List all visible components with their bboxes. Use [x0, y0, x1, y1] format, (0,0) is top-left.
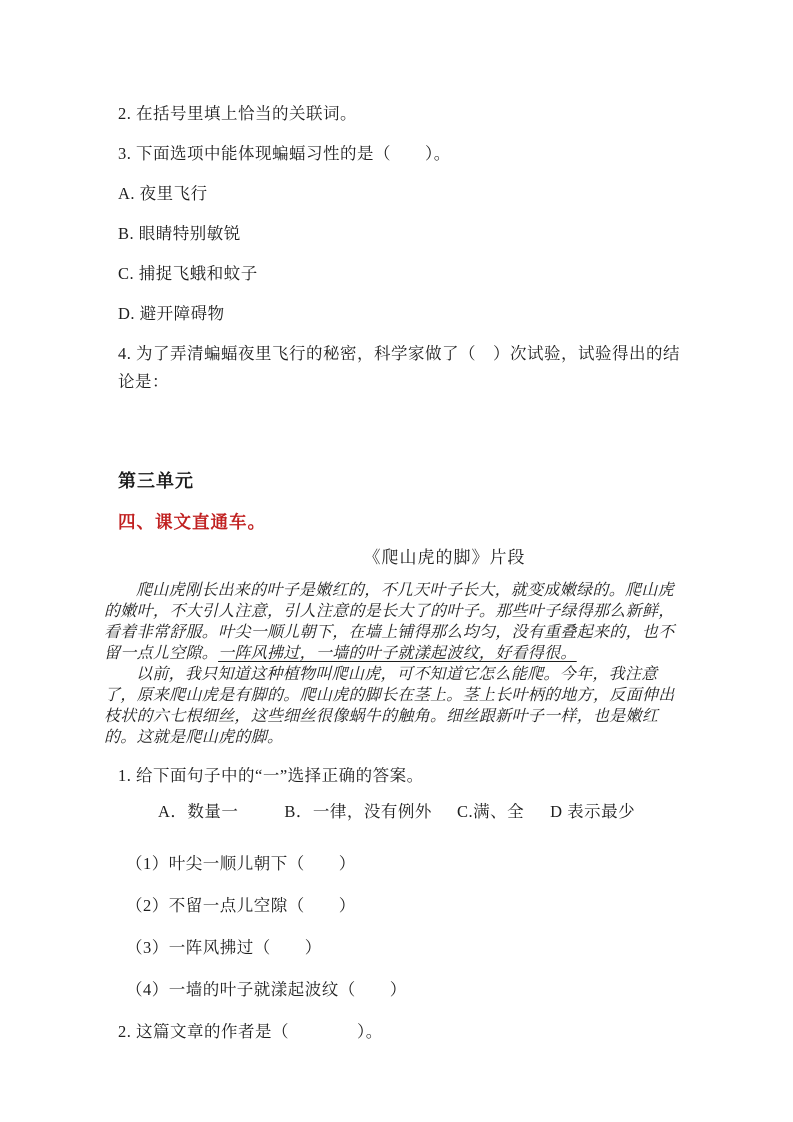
- worksheet-page: 2. 在括号里填上恰当的关联词。 3. 下面选项中能体现蝙蝠习性的是（ ）。 A…: [0, 0, 793, 1122]
- choice-c: C.满、全: [457, 798, 524, 826]
- question-3-stem: 3. 下面选项中能体现蝙蝠习性的是（ ）。: [118, 140, 681, 168]
- passage-underlined-sentence: 一阵风拂过，一墙的叶子就漾起波纹，好看得很。: [218, 645, 577, 662]
- choice-b: B．一律，没有例外: [284, 798, 432, 826]
- choice-a: A．数量一: [158, 798, 238, 826]
- question-1-choices: A．数量一B．一律，没有例外C.满、全D 表示最少: [118, 798, 681, 826]
- question-1-item-1: （1）叶尖一顺儿朝下（ ）: [118, 850, 681, 878]
- passage-paragraph-2: 以前，我只知道这种植物叫爬山虎，可不知道它怎么能爬。今年，我注意了，原来爬山虎是…: [104, 664, 681, 748]
- question-3-option-b: B. 眼睛特别敏锐: [118, 220, 681, 248]
- section-4-heading: 四、课文直通车。: [118, 508, 681, 536]
- question-3-option-c: C. 捕捉飞蛾和蚊子: [118, 260, 681, 288]
- unit-3-heading: 第三单元: [118, 468, 681, 494]
- question-2-relation-words: 2. 在括号里填上恰当的关联词。: [118, 100, 681, 128]
- passage-paragraph-1: 爬山虎刚长出来的叶子是嫩红的，不几天叶子长大，就变成嫩绿的。爬山虎的嫩叶，不大引…: [104, 580, 681, 664]
- question-1-item-4: （4）一墙的叶子就漾起波纹（ ）: [118, 976, 681, 1004]
- passage-title: 《爬山虎的脚》片段: [118, 544, 681, 572]
- question-1-item-2: （2）不留一点儿空隙（ ）: [118, 892, 681, 920]
- question-3-option-d: D. 避开障碍物: [118, 300, 681, 328]
- question-1-stem: 1. 给下面句子中的“一”选择正确的答案。: [118, 762, 681, 790]
- choice-d: D 表示最少: [550, 798, 635, 826]
- question-1-item-3: （3）一阵风拂过（ ）: [118, 934, 681, 962]
- passage-excerpt: 爬山虎刚长出来的叶子是嫩红的，不几天叶子长大，就变成嫩绿的。爬山虎的嫩叶，不大引…: [104, 580, 681, 748]
- question-3-option-a: A. 夜里飞行: [118, 180, 681, 208]
- question-4-stem: 4. 为了弄清蝙蝠夜里飞行的秘密，科学家做了（ ）次试验，试验得出的结论是：: [118, 340, 681, 396]
- question-2-author: 2. 这篇文章的作者是（ ）。: [118, 1018, 681, 1046]
